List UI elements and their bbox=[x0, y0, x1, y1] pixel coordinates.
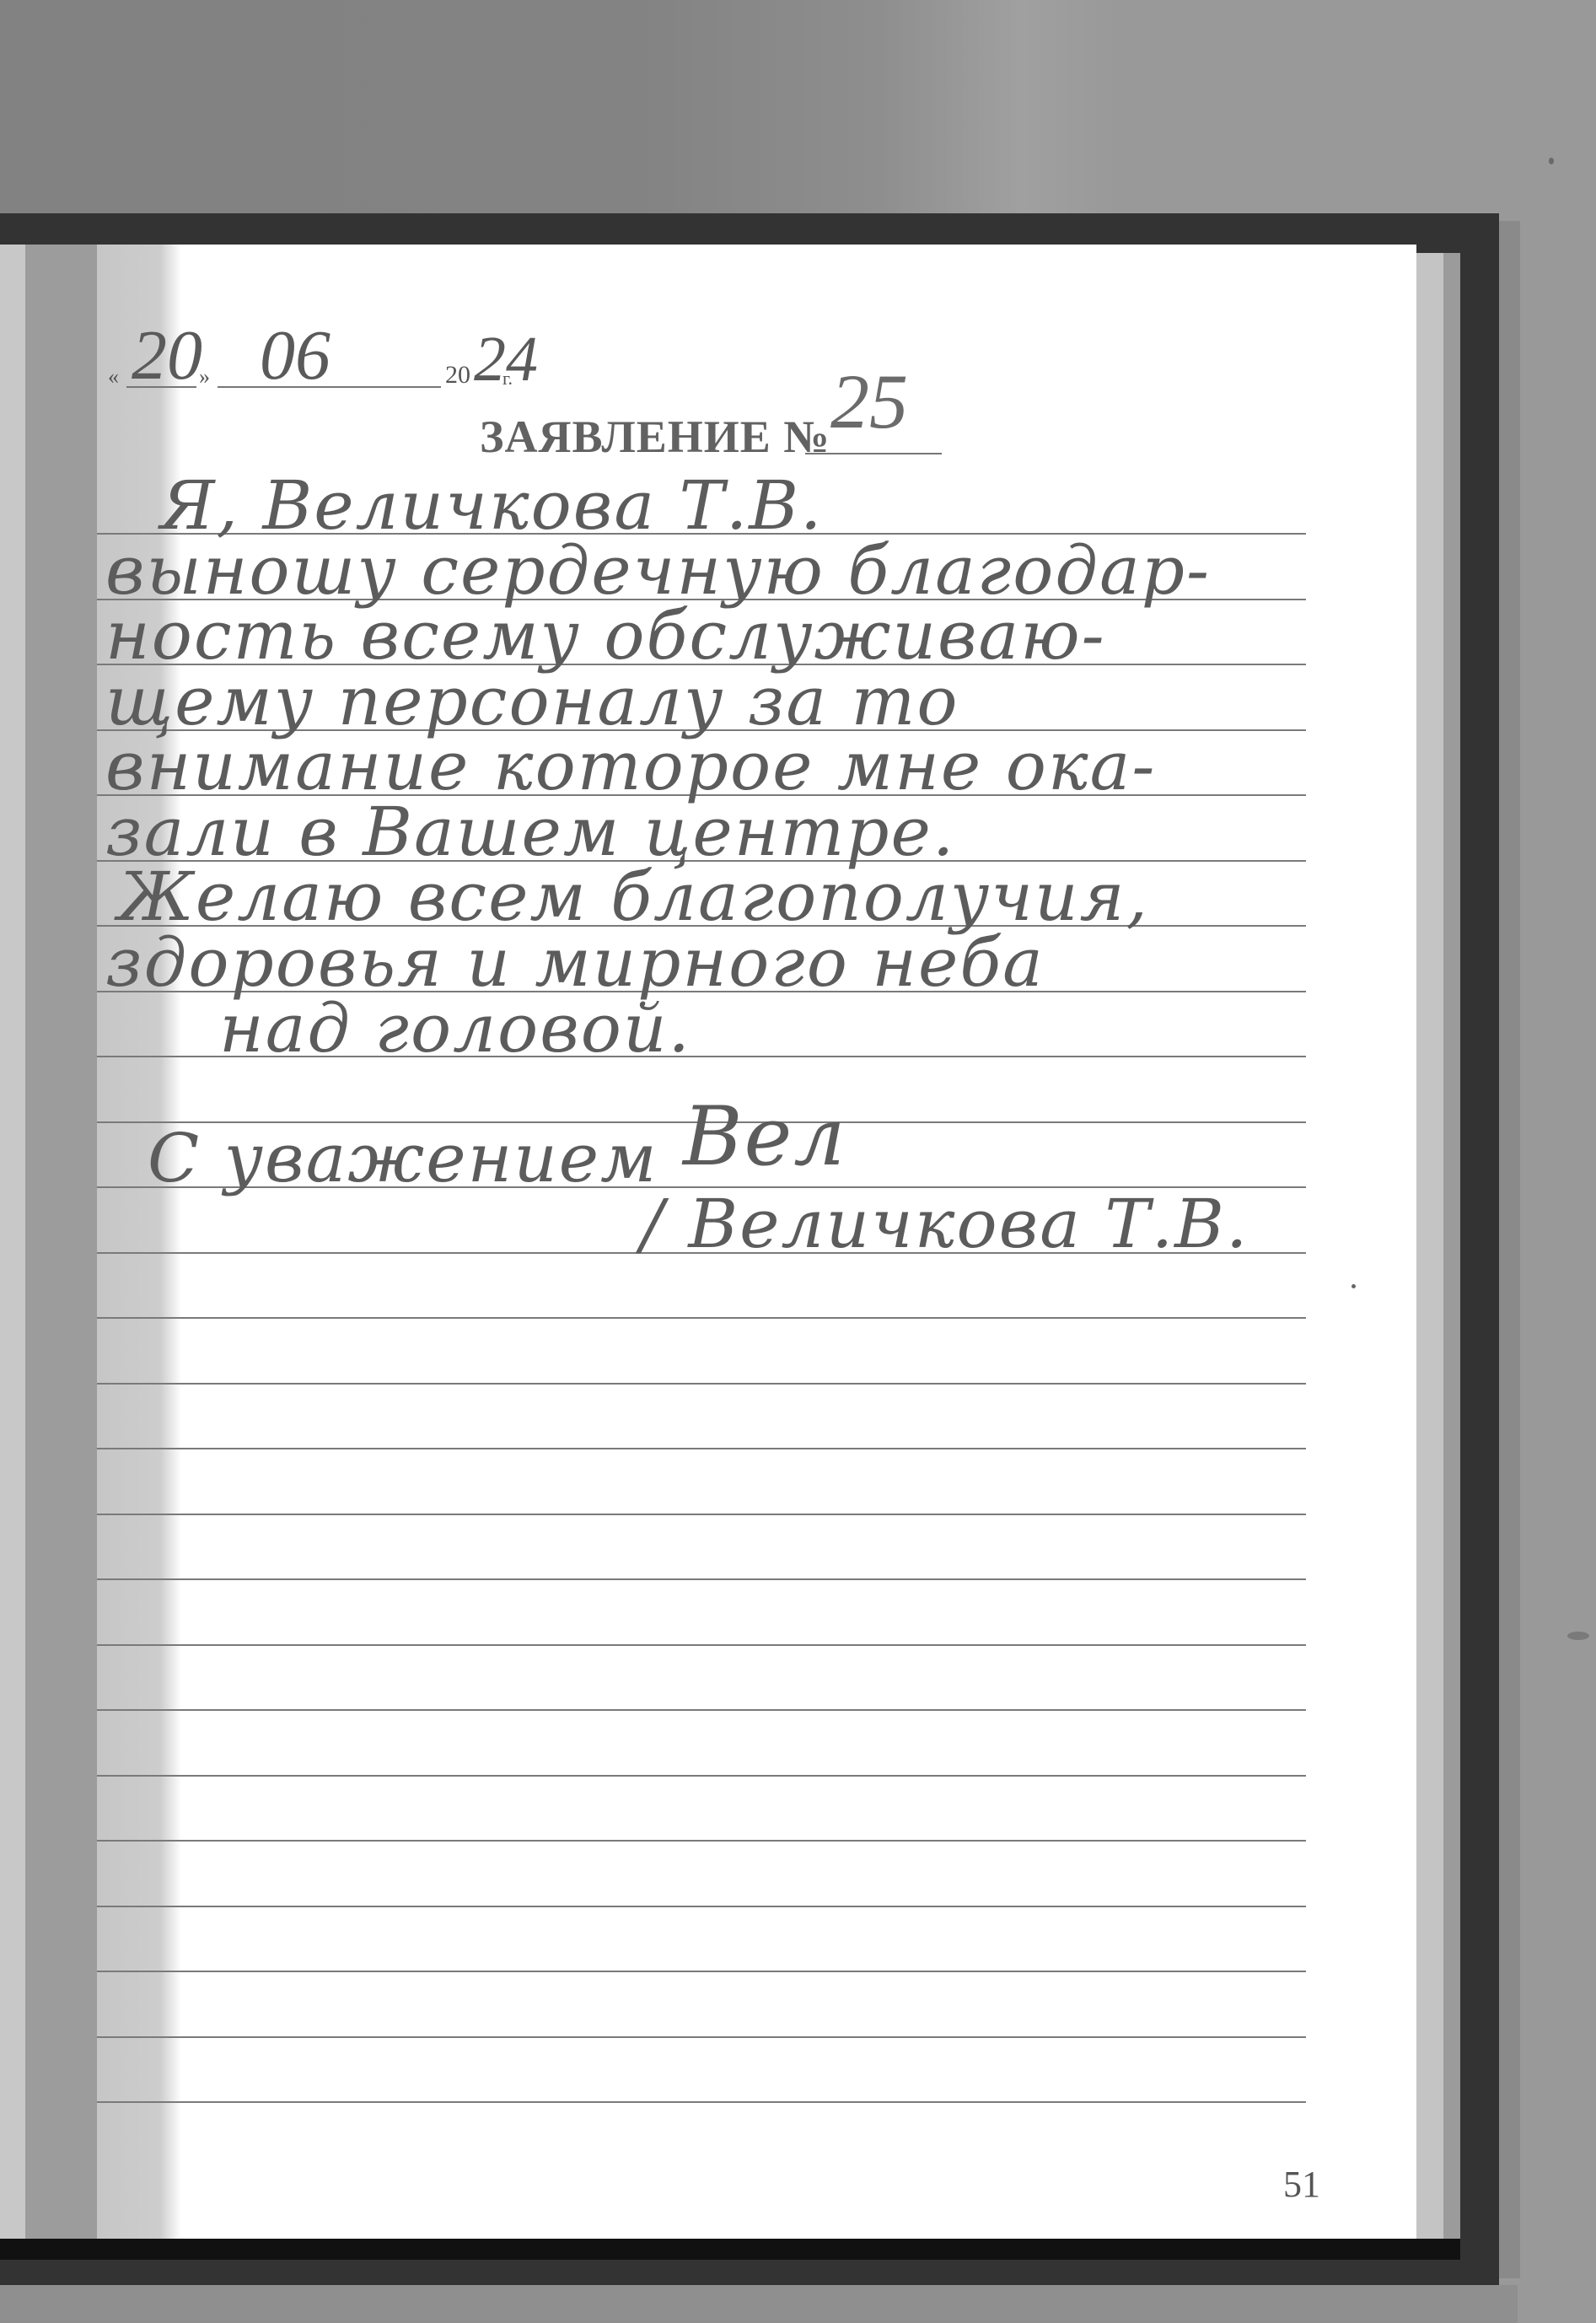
year-marker: г. bbox=[502, 368, 513, 390]
statement-number: 25 bbox=[830, 363, 908, 440]
scan-speck bbox=[1549, 158, 1554, 164]
closing-text: С уважением bbox=[148, 1125, 658, 1192]
ruled-line bbox=[97, 1383, 1306, 1385]
scanner-background-top bbox=[0, 0, 1596, 215]
cover-bottom-edge bbox=[0, 2239, 1460, 2260]
scan-speck bbox=[1567, 1632, 1589, 1640]
signature: Вел bbox=[683, 1096, 846, 1177]
body-line: Желаю всем благополучия, bbox=[118, 863, 1149, 931]
body-line: внимание которое мне ока- bbox=[105, 733, 1156, 800]
ruled-line bbox=[97, 1971, 1306, 1972]
body-line: ность всему обслуживаю- bbox=[105, 602, 1106, 669]
ruled-line bbox=[97, 1775, 1306, 1777]
ruled-line bbox=[97, 2036, 1306, 2038]
date-open-quote: « bbox=[108, 364, 119, 390]
ruled-line bbox=[97, 1709, 1306, 1711]
page-edge-dark bbox=[1443, 253, 1460, 2241]
gutter-shadow-binding bbox=[25, 245, 97, 2239]
ruled-line bbox=[97, 2101, 1306, 2103]
page-edge-light bbox=[1416, 253, 1443, 2241]
date-day: 20 bbox=[132, 320, 202, 391]
body-line: щему персоналу за то bbox=[105, 668, 959, 735]
ruled-line bbox=[97, 1840, 1306, 1842]
date-field: « 20 » 06 20 24 г. bbox=[108, 312, 867, 396]
date-month: 06 bbox=[260, 320, 330, 391]
page-title: ЗАЯВЛЕНИЕ № bbox=[480, 413, 830, 460]
title-number-underline bbox=[805, 453, 942, 454]
ruled-line bbox=[97, 1448, 1306, 1449]
gutter-shadow-outer bbox=[0, 245, 25, 2239]
ruled-line bbox=[97, 1317, 1306, 1319]
scan-speck bbox=[1351, 1284, 1356, 1288]
body-line: над головой. bbox=[219, 995, 691, 1062]
cover-shadow bbox=[1499, 221, 1520, 2278]
bottom-shadow bbox=[0, 2285, 1518, 2323]
body-line: здоровья и мирного неба bbox=[105, 929, 1045, 997]
ruled-line bbox=[97, 1514, 1306, 1515]
body-line: зали в Вашем центре. bbox=[105, 799, 955, 866]
ruled-line bbox=[97, 1644, 1306, 1646]
body-line: выношу сердечную благодар- bbox=[105, 537, 1211, 605]
year-prefix: 20 bbox=[445, 361, 470, 390]
signature-name: / Величкова Т.В. bbox=[641, 1191, 1249, 1258]
date-close-quote: » bbox=[199, 364, 210, 390]
body-line: Я, Величкова Т.В. bbox=[160, 472, 823, 540]
ruled-line bbox=[97, 1578, 1306, 1580]
ruled-line bbox=[97, 1906, 1306, 1907]
page-number: 51 bbox=[1283, 2163, 1320, 2206]
